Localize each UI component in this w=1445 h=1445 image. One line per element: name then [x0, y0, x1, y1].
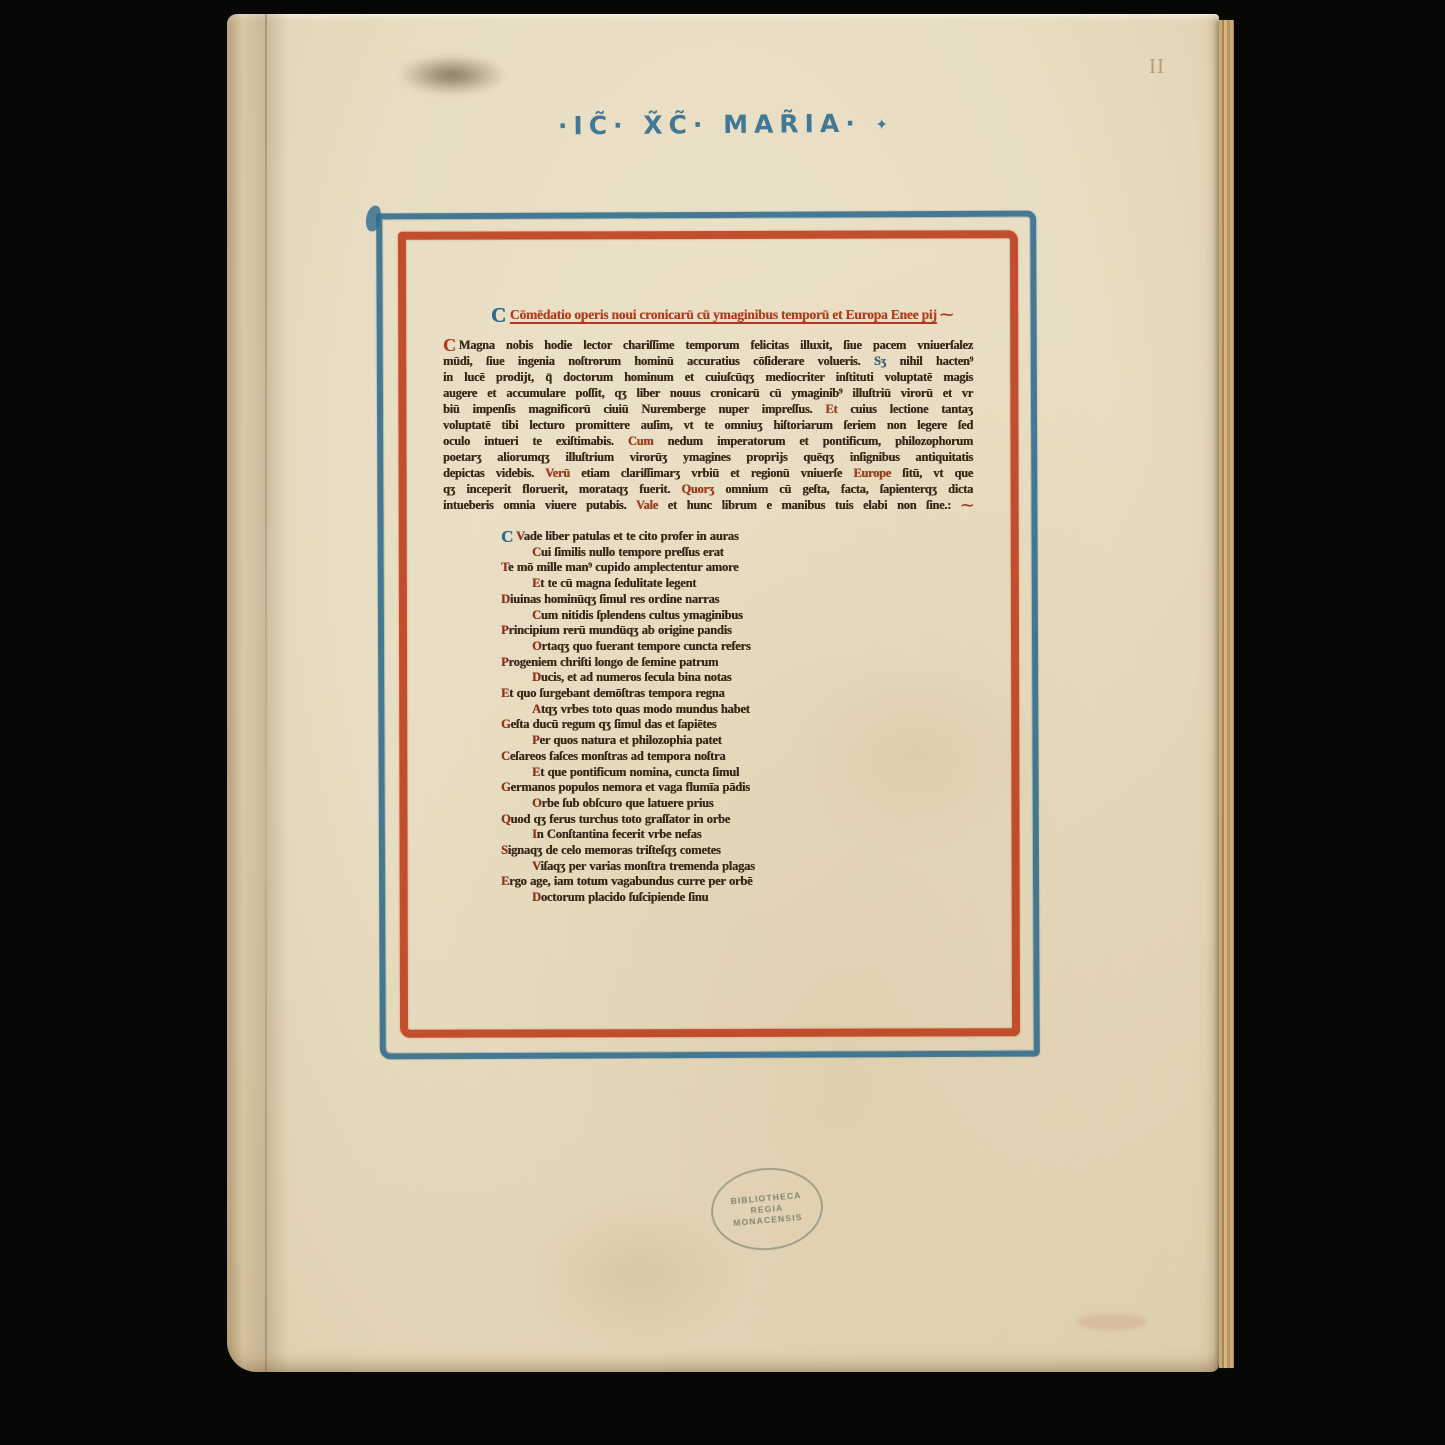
heading-flourish: ⁓	[940, 307, 953, 322]
paragraph-line: intueberis omnia viuere putabis. Vale et…	[443, 497, 973, 513]
poem-line: Geſta ducū regum qʒ ſimul das et ſapiēte…	[501, 717, 971, 733]
paragraph-lombard-initial: C	[443, 335, 456, 355]
poem-line: CVade liber patulas et te cito profer in…	[501, 529, 971, 545]
poem-line: Diuinas hominūqʒ ſimul res ordine narras	[501, 592, 971, 608]
poem-line: Et que pontificum nomina, cuncta ſimul	[501, 765, 971, 781]
photo-background: ·IC̃· X̃C̃· MAR̃IA· ✦ II CCōmēdatio oper…	[0, 0, 1445, 1445]
poem-line: Cum nitidis ſplendens cultus ymaginibus	[501, 608, 971, 624]
poem-line: Principium rerū mundūqʒ ab origine pandi…	[501, 623, 971, 639]
poem-line: Ortaqʒ quo fuerant tempore cuncta refers	[501, 639, 971, 655]
poem: CVade liber patulas et te cito profer in…	[501, 529, 971, 906]
devotional-inscription: ·IC̃· X̃C̃· MAR̃IA· ✦	[227, 106, 1219, 144]
paragraph-line: poetarʒ aliorumqʒ illuſtrium virorūʒ yma…	[443, 449, 973, 465]
paragraph-line: augere et accumulare poſſit, qʒ liber no…	[443, 385, 973, 401]
paragraph-line: qʒ inceperit floruerit, morataqʒ fuerit.…	[443, 481, 973, 497]
inscription-diamond-icon: ✦	[875, 116, 888, 134]
heading-text: Cōmēdatio operis noui cronicarū cū ymagi…	[510, 307, 937, 322]
poem-line: Progeniem chriſti longo de ſemine patrum	[501, 655, 971, 671]
paragraph-line: biū impenſis magnificorū ciuiū Nuremberg…	[443, 401, 973, 417]
page-top-shadow	[397, 54, 507, 96]
poem-pilcrow: C	[501, 527, 513, 546]
paragraph-line: CMagna nobis hodie lector chariſſime tem…	[443, 337, 973, 353]
poem-line: Quod qʒ ferus turchus toto graſſator in …	[501, 812, 971, 828]
poem-line: Orbe ſub obſcuro que latuere prius	[501, 796, 971, 812]
poem-line: Et te cū magna ſedulitate legent	[501, 576, 971, 592]
paragraph-line: in lucē prodijt, q̄ doctorum hominum et …	[443, 369, 973, 385]
poem-line: Per quos natura et philozophia patet	[501, 733, 971, 749]
poem-line: Cui ſimilis nullo tempore preſſus erat	[501, 545, 971, 561]
folio-number: II	[1149, 54, 1165, 79]
paragraph-line: mūdi, ſiue ingenia noſtrorum hominū accu…	[443, 353, 973, 369]
poem-line: Ducis, et ad numeros ſecula bina notas	[501, 670, 971, 686]
paragraph: CMagna nobis hodie lector chariſſime tem…	[443, 337, 973, 513]
page-gutter-shadow	[227, 14, 297, 1372]
library-stamp: BIBLIOTHECA REGIA MONACENSIS	[708, 1163, 827, 1254]
pencil-smudge	[1077, 1314, 1147, 1330]
poem-line: Signaqʒ de celo memoras triſteſqʒ comete…	[501, 843, 971, 859]
stamp-line-3: MONACENSIS	[733, 1211, 803, 1228]
heading: CCōmēdatio operis noui cronicarū cū ymag…	[449, 303, 995, 328]
poem-line: In Conſtantina fecerit vrbe nefas	[501, 827, 971, 843]
inscription-text: ·IC̃· X̃C̃· MAR̃IA·	[558, 109, 861, 141]
poem-line: Atqʒ vrbes toto quas modo mundus habet	[501, 702, 971, 718]
poem-line: Te mō mille man⁹ cupido amplectentur amo…	[501, 560, 971, 576]
poem-line: Germanos populos nemora et vaga flumīa p…	[501, 780, 971, 796]
poem-line: Et quo ſurgebant demōſtras tempora regna	[501, 686, 971, 702]
paragraph-line: depictas videbis. Verū etiam clariſſimar…	[443, 465, 973, 481]
paragraph-line: oculo intueri te exiſtimabis. Cum nedum …	[443, 433, 973, 449]
gutter-fold-line	[265, 14, 267, 1372]
poem-line: Ceſareos faſces monſtras ad tempora noſt…	[501, 749, 971, 765]
poem-line: Doctorum placido ſuſcipiende ſinu	[501, 890, 971, 906]
book-page: ·IC̃· X̃C̃· MAR̃IA· ✦ II CCōmēdatio oper…	[227, 14, 1219, 1372]
poem-line: Viſaqʒ per varias monſtra tremenda plaga…	[501, 859, 971, 875]
heading-lombard-initial: C	[491, 303, 506, 327]
poem-line: Ergo age, iam totum vagabundus curre per…	[501, 874, 971, 890]
paragraph-line: voluptatē tibi lecturo promittere auſim,…	[443, 417, 973, 433]
book-page-edges	[1219, 20, 1234, 1368]
